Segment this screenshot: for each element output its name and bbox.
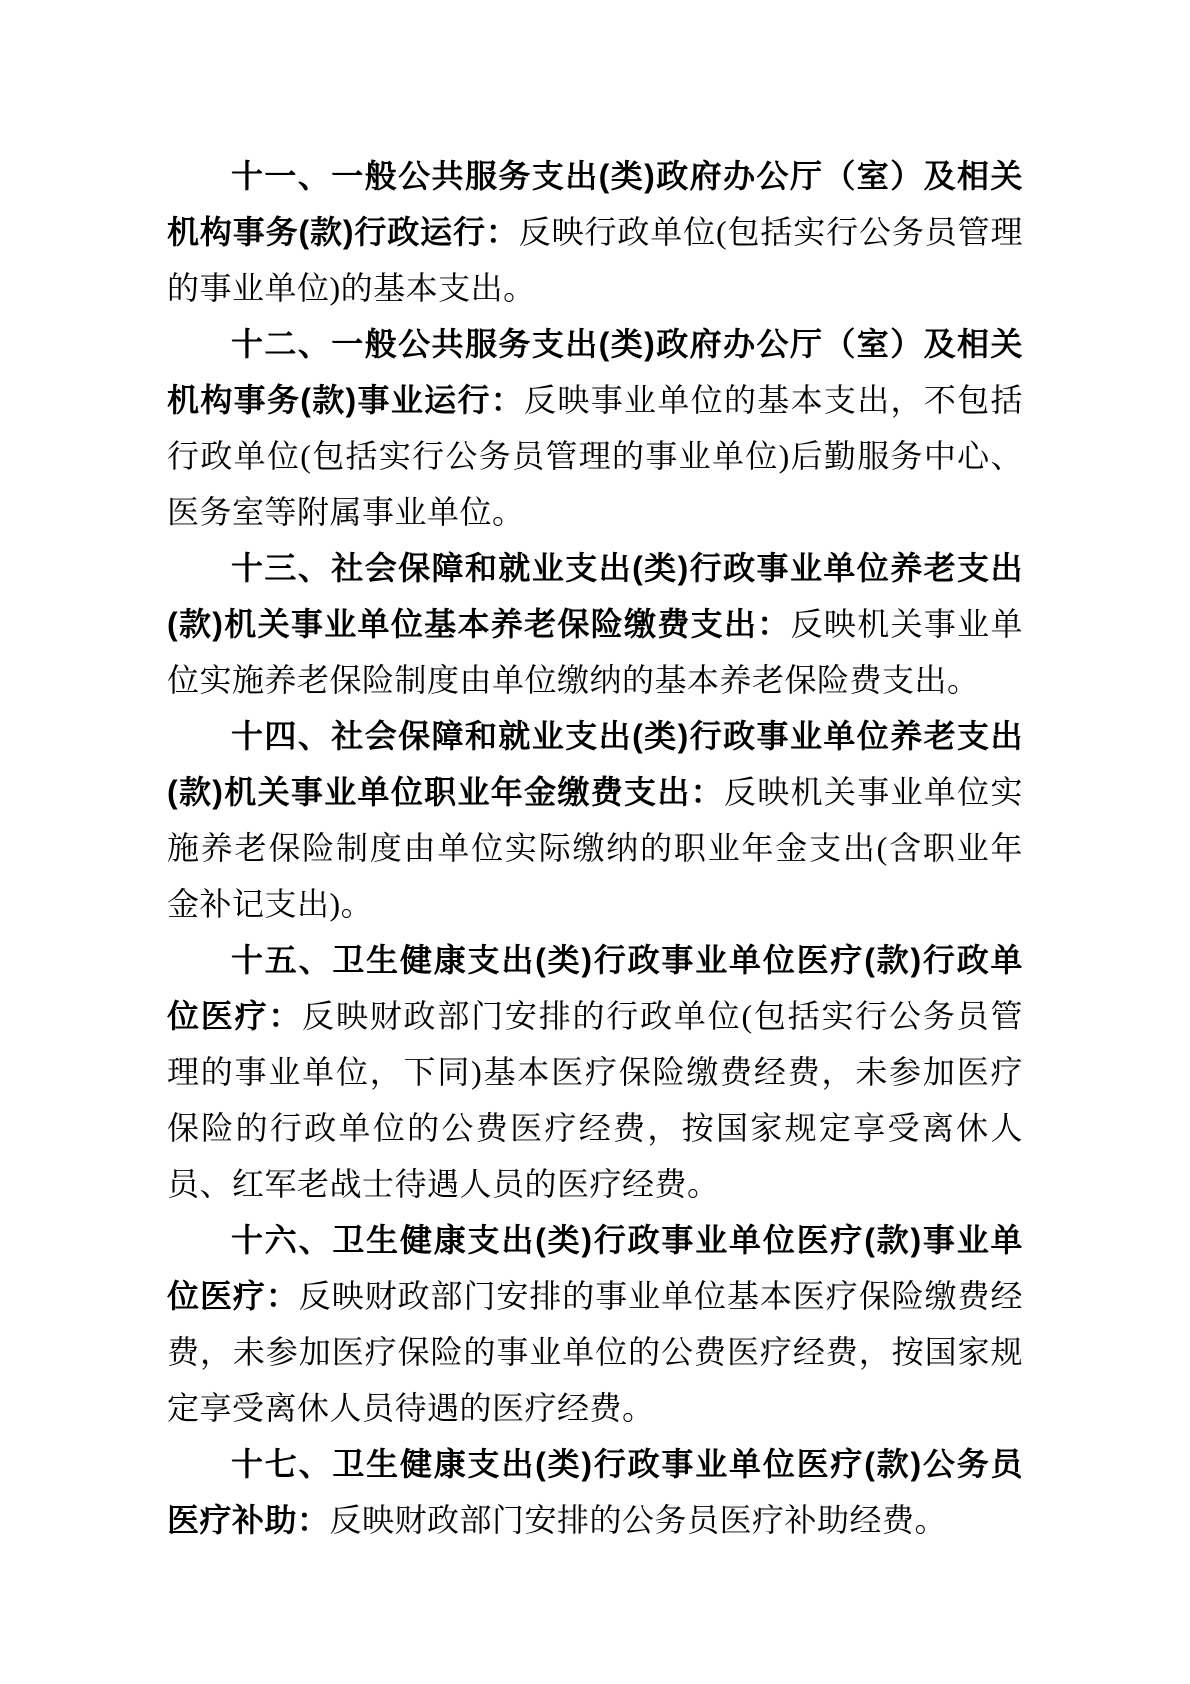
document-text-block: 十一、一般公共服务支出(类)政府办公厅（室）及相关机构事务(款)行政运行：反映行… [167,148,1023,1548]
paragraph-body: 反映财政部门安排的公务员医疗补助经费。 [330,1502,948,1538]
paragraph-item-15: 十五、卫生健康支出(类)行政事业单位医疗(款)行政单位医疗：反映财政部门安排的行… [167,932,1023,1212]
paragraph-item-16: 十六、卫生健康支出(类)行政事业单位医疗(款)事业单位医疗：反映财政部门安排的事… [167,1212,1023,1436]
paragraph-item-14: 十四、社会保障和就业支出(类)行政事业单位养老支出(款)机关事业单位职业年金缴费… [167,708,1023,932]
paragraph-item-11: 十一、一般公共服务支出(类)政府办公厅（室）及相关机构事务(款)行政运行：反映行… [167,148,1023,316]
paragraph-item-12: 十二、一般公共服务支出(类)政府办公厅（室）及相关机构事务(款)事业运行：反映事… [167,316,1023,540]
paragraph-item-13: 十三、社会保障和就业支出(类)行政事业单位养老支出(款)机关事业单位基本养老保险… [167,540,1023,708]
paragraph-item-17: 十七、卫生健康支出(类)行政事业单位医疗(款)公务员医疗补助：反映财政部门安排的… [167,1436,1023,1548]
document-page: 十一、一般公共服务支出(类)政府办公厅（室）及相关机构事务(款)行政运行：反映行… [0,0,1190,1684]
